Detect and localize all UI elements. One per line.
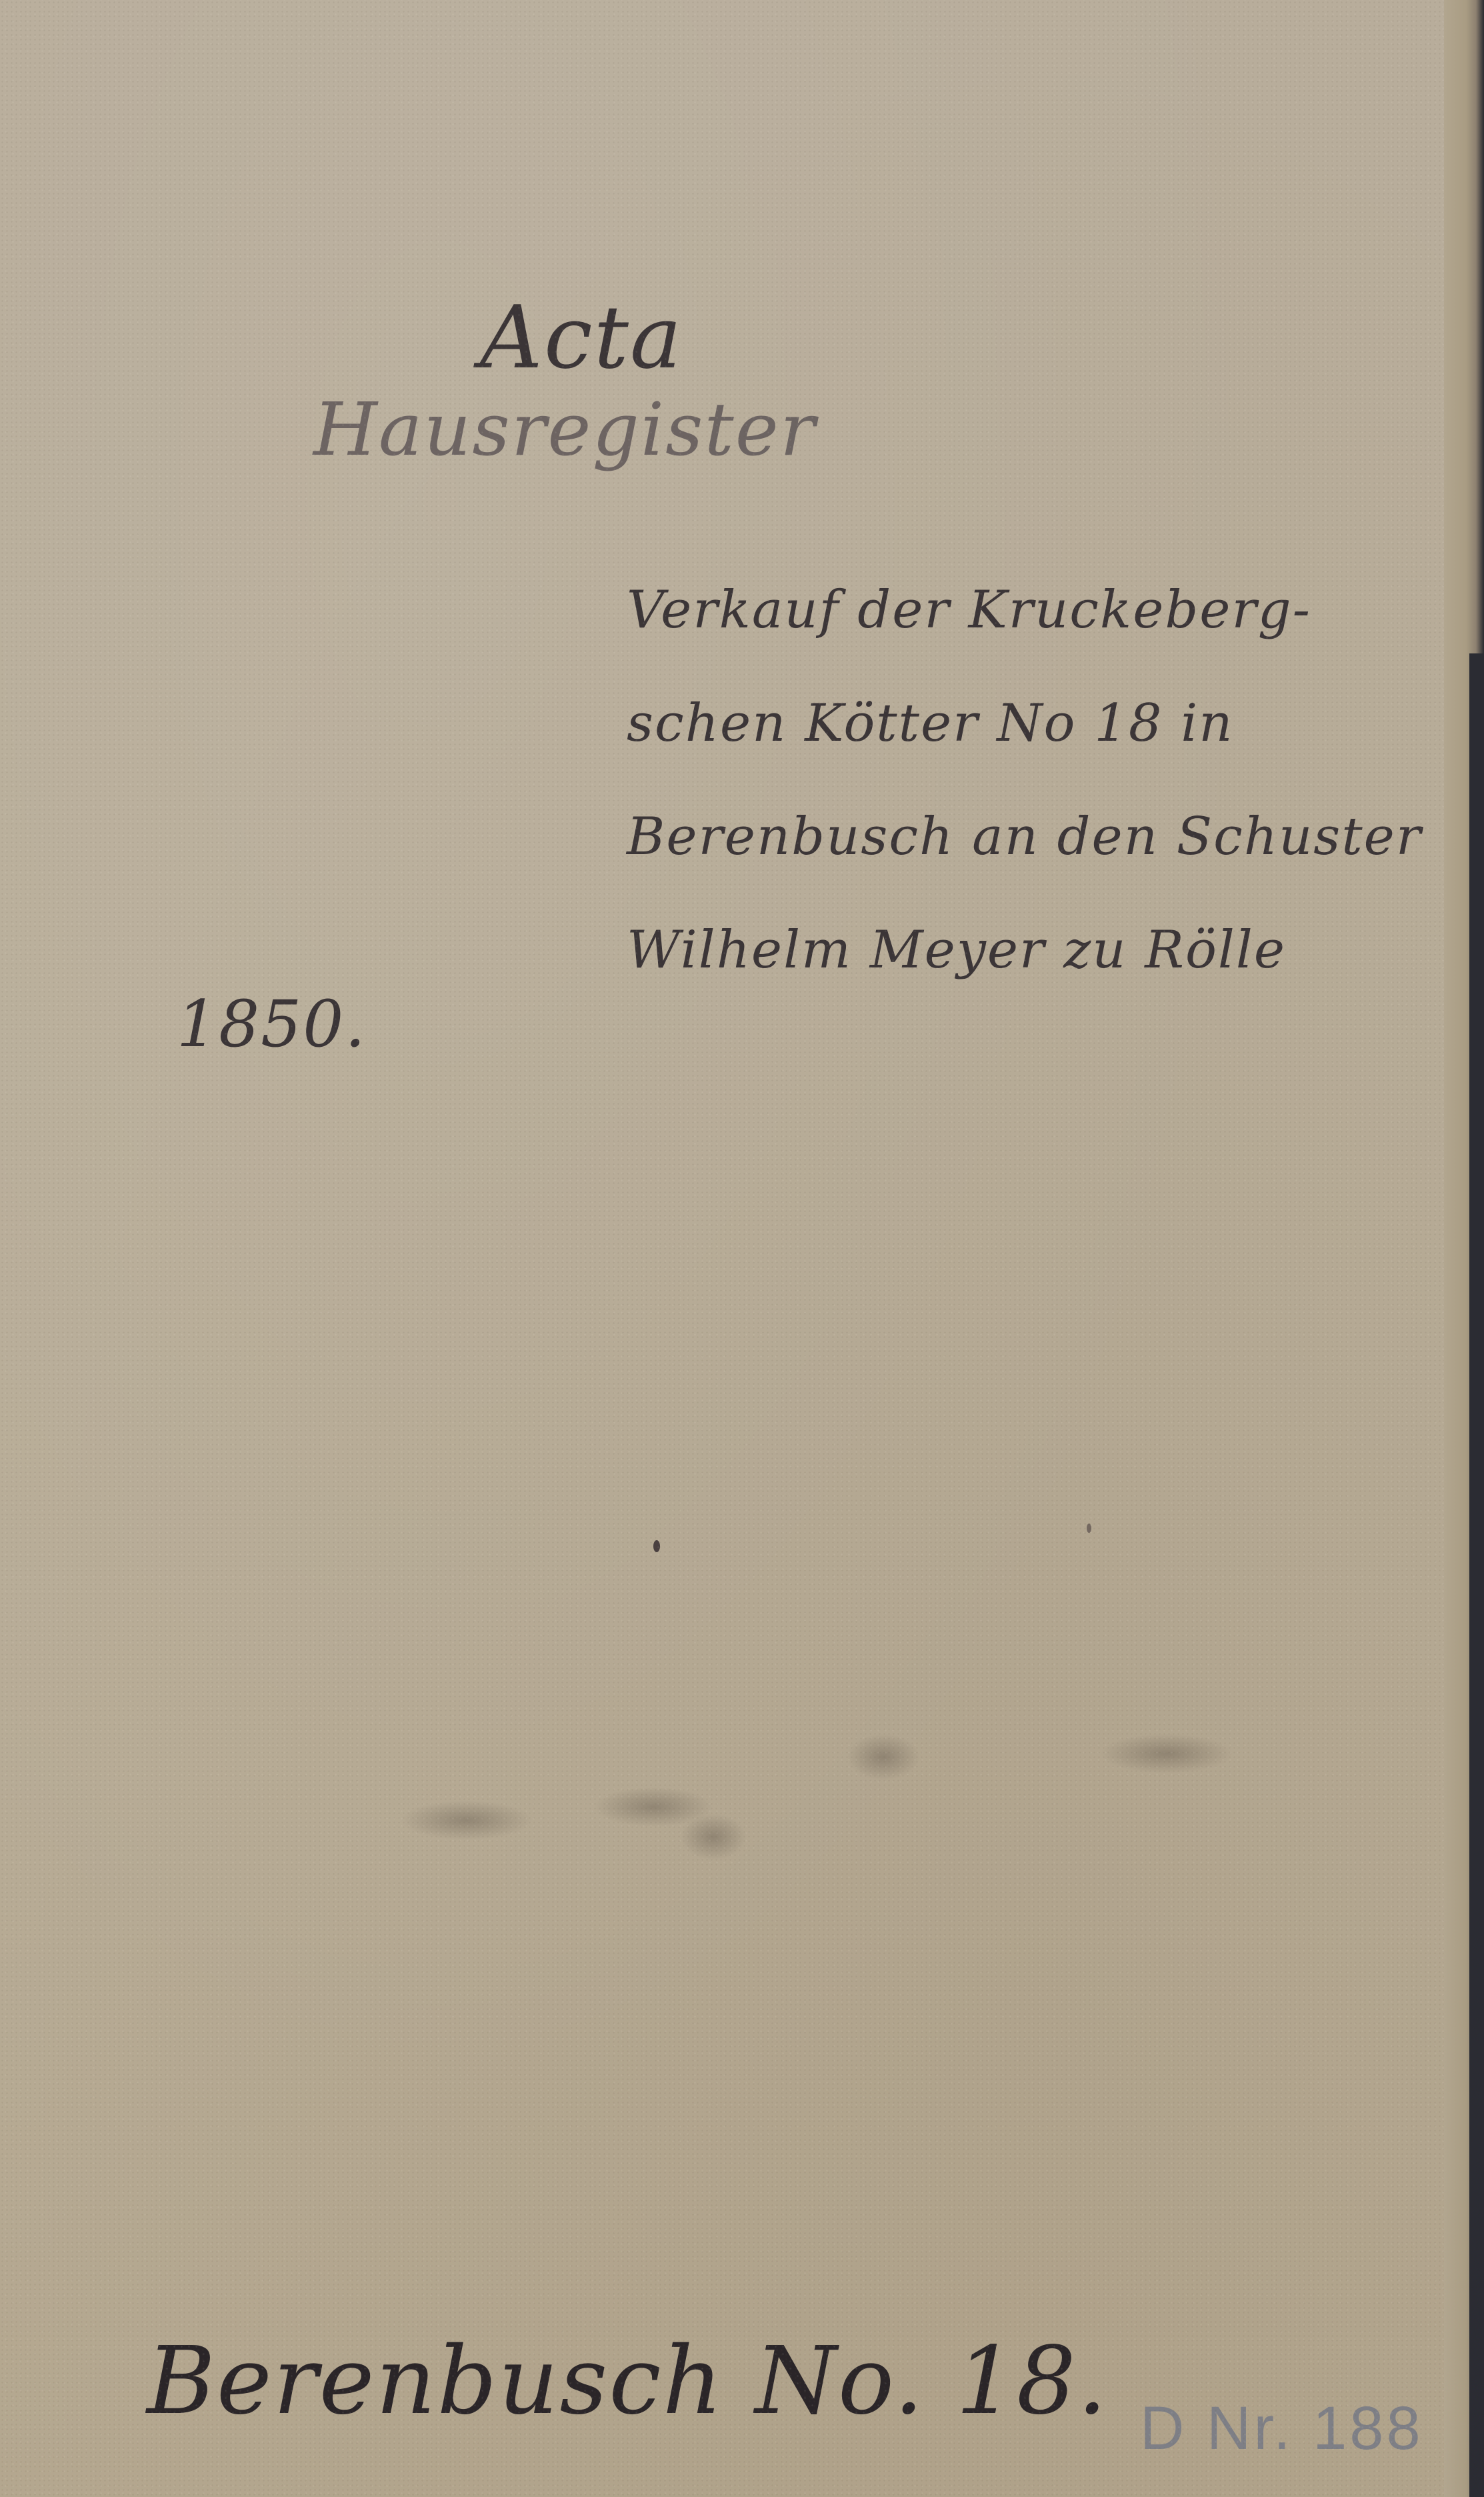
archive-label: Berenbusch No. 18. — [147, 2327, 1108, 2436]
pencil-reference: D Nr. 188 — [1140, 2394, 1423, 2464]
document-year: 1850. — [177, 987, 367, 1061]
document-title: Acta — [480, 287, 683, 388]
ink-spot — [653, 1540, 660, 1552]
subject-line: schen Kötter No 18 in — [627, 667, 1422, 780]
document-subtitle: Hausregister — [313, 387, 816, 472]
binding — [1469, 653, 1484, 2497]
subject-line: Berenbusch an den Schuster — [627, 780, 1422, 893]
subject-line: Verkauf der Kruckeberg- — [627, 553, 1422, 667]
ink-spot — [1087, 1524, 1091, 1533]
stain — [847, 1734, 920, 1780]
subject-line: Wilhelm Meyer zu Rölle — [627, 893, 1422, 1007]
stain — [680, 1814, 747, 1860]
document-page: Acta Hausregister Verkauf der Kruckeberg… — [0, 0, 1470, 2497]
stain — [1100, 1734, 1233, 1774]
document-subject: Verkauf der Kruckeberg- schen Kötter No … — [627, 553, 1422, 1007]
stain — [400, 1800, 533, 1840]
